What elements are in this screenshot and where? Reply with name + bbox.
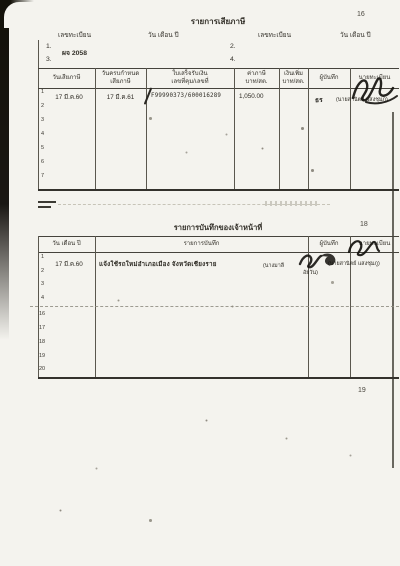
officer-row-number: 4	[41, 295, 44, 301]
header-tax-amount-l2: บาท/สต.	[234, 79, 279, 86]
scan-edge-left	[0, 0, 9, 340]
paper-speckles	[0, 0, 1, 1]
line-2-number: 2.	[230, 43, 236, 50]
header-receipt-l2: เลขที่คุม/เลขที่	[146, 79, 234, 86]
officer-table-border-bottom	[38, 377, 399, 379]
registrar-signature	[348, 72, 400, 106]
officer-recorder-name-l1: (นางมาลี	[263, 262, 284, 270]
line-1-number: 1.	[46, 43, 52, 50]
registration-number-value: ผจ 2058	[62, 47, 87, 58]
header-recorder: ผู้บันทึก	[308, 75, 350, 82]
officer-row-number: 3	[41, 281, 44, 287]
tax-section-title: รายการเสียภาษี	[38, 15, 398, 28]
header-officer-entry: รายการบันทึก	[95, 241, 308, 248]
officer-row-number: 18	[39, 339, 45, 345]
tax-date-value: 17 มี.ค.60	[44, 92, 94, 102]
officer-date-value: 17 มี.ค.60	[44, 259, 94, 269]
header-surcharge-l2: บาท/สต.	[279, 79, 308, 86]
label-date-right: วัน เดือน ปี	[340, 30, 371, 40]
header-receipt-l1: ใบเสร็จรับเงิน	[146, 71, 234, 78]
officer-entry-text: แจ้งใช้รถใหม่อำเภอเมือง จังหวัดเชียงราย	[99, 259, 217, 269]
label-registration-left: เลขทะเบียน	[58, 30, 91, 40]
scanned-document-page: 16 รายการเสียภาษี เลขทะเบียน วัน เดือน ป…	[0, 0, 400, 566]
header-tax-amount-l1: ค่าภาษี	[234, 71, 279, 78]
tax-row-number: 6	[41, 159, 44, 165]
label-date-left: วัน เดือน ปี	[148, 30, 179, 40]
officer-registrar-signature	[343, 236, 383, 258]
page-number-19: 19	[358, 387, 366, 394]
tax-table-border-left	[38, 40, 39, 190]
header-surcharge-l1: เงินเพิ่ม	[279, 71, 308, 78]
tax-row-number: 4	[41, 131, 44, 137]
tax-table-col-line-1	[95, 68, 96, 189]
line-4-number: 4.	[230, 56, 236, 63]
scan-edge-right	[392, 112, 394, 468]
tax-row-number: 5	[41, 145, 44, 151]
tax-table-col-line-2	[146, 68, 147, 189]
header-tax-date: วันเสียภาษี	[38, 75, 95, 82]
tax-table-border-top	[38, 68, 399, 69]
tax-table-col-line-3	[234, 68, 235, 189]
bleed-through-text-smudge	[265, 201, 317, 206]
page-number-18: 18	[360, 221, 368, 228]
tax-amount-value: 1,050.00	[239, 93, 264, 100]
due-date-value: 17 มี.ค.61	[97, 92, 144, 102]
line-3-number: 3.	[46, 56, 52, 63]
officer-row-number: 17	[39, 325, 45, 331]
tax-row-number: 3	[41, 117, 44, 123]
tear-mark	[38, 206, 51, 208]
officer-section-title: รายการบันทึกของเจ้าหน้าที่	[38, 222, 398, 234]
tax-table-col-line-4	[279, 68, 280, 189]
tax-row-number: 2	[41, 103, 44, 109]
tear-mark	[38, 201, 56, 203]
header-due-date-l1: วันครบกำหนด	[95, 71, 146, 78]
tax-row-number: 7	[41, 173, 44, 179]
page-tear-dashed-line	[30, 306, 399, 307]
tax-table-border-bottom	[38, 189, 399, 191]
officer-row-number: 20	[39, 366, 45, 372]
label-registration-right: เลขทะเบียน	[258, 30, 291, 40]
officer-row-number: 16	[39, 311, 45, 317]
header-due-date-l2: เสียภาษี	[95, 79, 146, 86]
officer-recorder-signature	[296, 248, 344, 272]
officer-row-number: 19	[39, 353, 45, 359]
recorder-initials: ธร	[315, 94, 323, 106]
paper-corner	[4, 2, 38, 28]
header-officer-date: วัน เดือน ปี	[38, 241, 95, 248]
tax-table-header-underline	[38, 88, 399, 89]
tax-table-col-line-5	[308, 68, 309, 189]
receipt-number-value: F99990373/600016289	[151, 93, 221, 99]
